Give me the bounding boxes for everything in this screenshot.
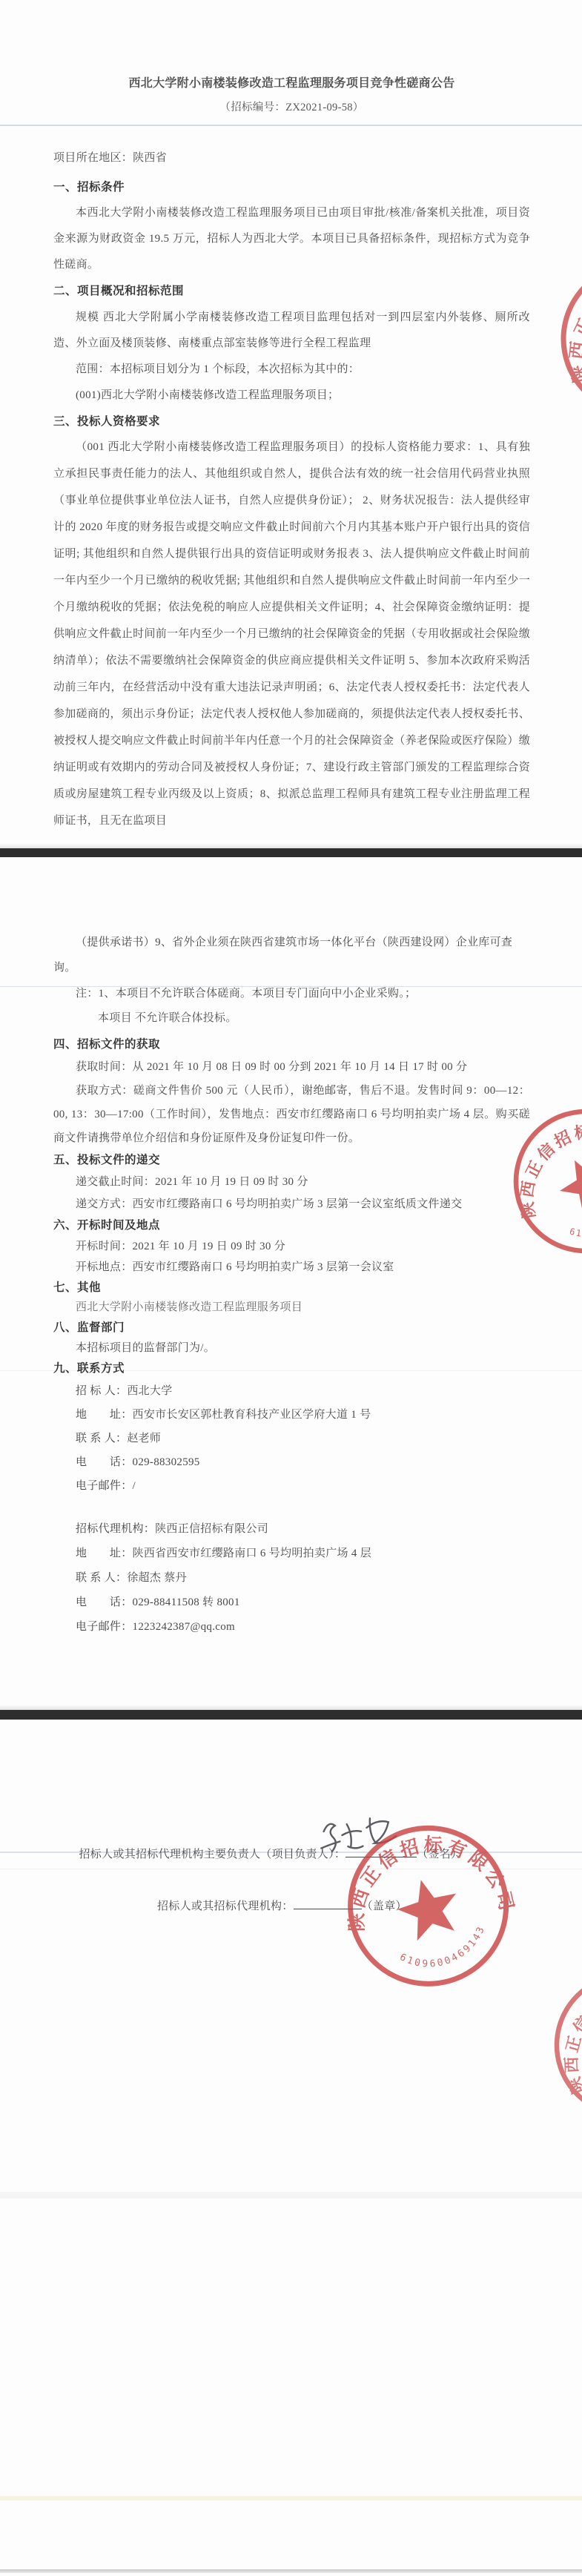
section-4-obtain-method: 获取方式：磋商文件售价 500 元（人民币），谢绝邮寄，售后不退。发售时间 9：… (53, 1079, 530, 1150)
section-5-heading: 五、投标文件的递交 (53, 1150, 530, 1171)
page-separator-band (0, 848, 582, 857)
section-2-lot: (001)西北大学附小南楼装修改造工程监理服务项目； (53, 383, 530, 409)
contact-value: / (133, 1480, 136, 1492)
scan-bottom-edge (0, 2569, 582, 2573)
contact-label: 电子邮件： (76, 1621, 133, 1633)
seal-registration-number: 6109600469143 (394, 1921, 495, 1979)
agency-seal-label: 招标人或其招标代理机构： (157, 1900, 294, 1912)
contact-row-tenderer-name: 招 标 人：西北大学 (53, 1379, 530, 1403)
page-separator-band (0, 1710, 582, 1720)
section-3-requirements: （001 西北大学附小南楼装修改造工程监理服务项目）的投标人资格能力要求：1、具… (53, 434, 530, 834)
section-2-scale: 规模 西北大学附属小学南楼装修改造工程项目监理包括对一到四层室内外装修、厕所改造… (53, 305, 530, 357)
section-3-note-consortium: 本项目 不允许联合体投标。 (53, 1006, 530, 1030)
seal-blank-line (294, 1898, 362, 1909)
tenderer-contact-block: 招 标 人：西北大学 地 址：西安市长安区郭杜教育科技产业区学府大道 1 号 联… (53, 1379, 530, 1498)
section-9-heading: 九、联系方式 (53, 1358, 530, 1379)
principal-signature-label: 招标人或其招标代理机构主要负责人（项目负责人）： (79, 1849, 346, 1860)
section-5-deadline: 递交截止时间：2021 年 10 月 19 日 09 时 30 分 (53, 1171, 530, 1193)
contact-row-tenderer-person: 联 系 人：赵老师 (53, 1427, 530, 1450)
contact-label: 招 标 人： (76, 1385, 127, 1397)
section-7-body: 西北大学附小南楼装修改造工程监理服务项目 (53, 1298, 530, 1318)
agency-seal-row: 招标人或其招标代理机构：（盖章） (53, 1897, 530, 1916)
contact-value: 赵老师 (127, 1433, 161, 1444)
contact-label: 联 系 人： (76, 1433, 127, 1444)
contact-row-agency-person: 联 系 人：徐超杰 蔡丹 (53, 1566, 530, 1591)
contact-value: 西北大学 (127, 1385, 172, 1397)
spacer (53, 1498, 530, 1517)
page-1-content: 西北大学附小南楼装修改造工程监理服务项目竞争性磋商公告 （招标编号：ZX2021… (53, 74, 530, 834)
section-7-heading: 七、其他 (53, 1278, 530, 1298)
section-8-heading: 八、监督部门 (53, 1318, 530, 1338)
section-4-obtain-time: 获取时间：从 2021 年 10 月 08 日 09 时 00 分到 2021 … (53, 1055, 530, 1079)
scan-artifact-band (0, 2192, 582, 2199)
contact-label: 地 址： (76, 1409, 133, 1421)
contact-row-tenderer-phone: 电 话：029-88302595 (53, 1450, 530, 1474)
contact-row-agency-address: 地 址：陕西省西安市红缨路南口 6 号均明拍卖广场 4 层 (53, 1542, 530, 1566)
section-8-body: 本招标项目的监督部门为/。 (53, 1338, 530, 1358)
contact-row-agency-name: 招标代理机构：陕西正信招标有限公司 (53, 1517, 530, 1542)
page-2-content: （提供承诺书）9、省外企业须在陕西省建筑市场一体化平台（陕西建设网）企业库可查询… (53, 930, 530, 1639)
contact-value: 1223242387@qq.com (133, 1621, 236, 1633)
scan-artifact-band (0, 2496, 582, 2500)
contact-label: 招标代理机构： (76, 1523, 155, 1535)
signature-suffix: （签名） (417, 1849, 462, 1860)
seal-company-name: 陕西正信招标有限公司 (551, 252, 582, 409)
contact-row-tenderer-address: 地 址：西安市长安区郭杜教育科技产业区学府大道 1 号 (53, 1403, 530, 1427)
section-3-requirements-continued: （提供承诺书）9、省外企业须在陕西省建筑市场一体化平台（陕西建设网）企业库可查询… (53, 930, 530, 980)
seal-suffix: （盖章） (362, 1900, 407, 1912)
contact-label: 电 话： (76, 1456, 133, 1468)
contact-value: 029-88302595 (133, 1456, 200, 1468)
page-edge-shadow (0, 1705, 582, 1710)
contact-label: 联 系 人： (76, 1572, 127, 1584)
project-region: 项目所在地区：陕西省 (53, 150, 530, 166)
contact-label: 电子邮件： (76, 1480, 133, 1492)
seal-registration-number: 6109600469143 (565, 1190, 582, 1252)
seal-company-name: 陕西正信招标有限公司 (545, 1964, 582, 2116)
edge-seal-page1: 陕西正信招标有限公司 (551, 252, 582, 426)
tender-number: （招标编号：ZX2021-09-58） (53, 99, 530, 116)
contact-value: 西安市长安区郭杜教育科技产业区学府大道 1 号 (133, 1409, 371, 1421)
principal-signature-row: 招标人或其招标代理机构主要负责人（项目负责人）：（签名） (53, 1845, 530, 1864)
contact-value: 陕西省西安市红缨路南口 6 号均明拍卖广场 4 层 (133, 1548, 372, 1559)
contact-value: 029-88411508 转 8001 (133, 1596, 240, 1608)
section-3-heading: 三、投标人资格要求 (53, 412, 530, 432)
agency-contact-block: 招标代理机构：陕西正信招标有限公司 地 址：陕西省西安市红缨路南口 6 号均明拍… (53, 1517, 530, 1639)
section-6-heading: 六、开标时间及地点 (53, 1215, 530, 1236)
page-3-content: 招标人或其招标代理机构主要负责人（项目负责人）：（签名） 招标人或其招标代理机构… (53, 1845, 530, 1916)
contact-row-tenderer-email: 电子邮件：/ (53, 1474, 530, 1498)
contact-value: 陕西正信招标有限公司 (155, 1523, 268, 1535)
contact-value: 徐超杰 蔡丹 (127, 1572, 187, 1584)
contact-label: 地 址： (76, 1548, 133, 1559)
contact-row-agency-email: 电子邮件：1223242387@qq.com (53, 1615, 530, 1639)
signature-blank-line (345, 1846, 417, 1857)
section-6-open-place: 开标地点：西安市红缨路南口 6 号均明拍卖广场 3 层第一会议室 (53, 1257, 530, 1278)
page-edge-shadow (0, 843, 582, 848)
contact-row-agency-phone: 电 话：029-88411508 转 8001 (53, 1591, 530, 1615)
section-6-open-time: 开标时间：2021 年 10 月 19 日 09 时 30 分 (53, 1236, 530, 1257)
edge-seal-page3: 陕西正信招标有限公司 (545, 1964, 582, 2127)
scanned-tender-announcement: 西北大学附小南楼装修改造工程监理服务项目竞争性磋商公告 （招标编号：ZX2021… (0, 0, 582, 2576)
document-title: 西北大学附小南楼装修改造工程监理服务项目竞争性磋商公告 (53, 74, 530, 93)
contact-label: 电 话： (76, 1596, 133, 1608)
section-5-method: 递交方式：西安市红缨路南口 6 号均明拍卖广场 3 层第一会议室纸质文件递交 (53, 1193, 530, 1215)
svg-text:6109600469143: 6109600469143 (565, 1190, 582, 1252)
section-3-note: 注：1、本项目不允许联合体磋商。本项目专门面向中小企业采购。； (53, 981, 530, 1006)
section-4-heading: 四、招标文件的获取 (53, 1034, 530, 1055)
section-2-heading: 二、项目概况和招标范围 (53, 282, 530, 301)
section-1-body: 本西北大学附小南楼装修改造工程监理服务项目已由项目审批/核准/备案机关批准，项目… (53, 200, 530, 278)
svg-text:陕西正信招标有限公司: 陕西正信招标有限公司 (545, 1964, 582, 2116)
section-2-scope: 范围：本招标项目划分为 1 个标段，本次招标为其中的： (53, 357, 530, 383)
svg-text:6109600469143: 6109600469143 (394, 1921, 495, 1979)
section-1-heading: 一、招标条件 (53, 178, 530, 197)
svg-text:陕西正信招标有限公司: 陕西正信招标有限公司 (551, 252, 582, 409)
